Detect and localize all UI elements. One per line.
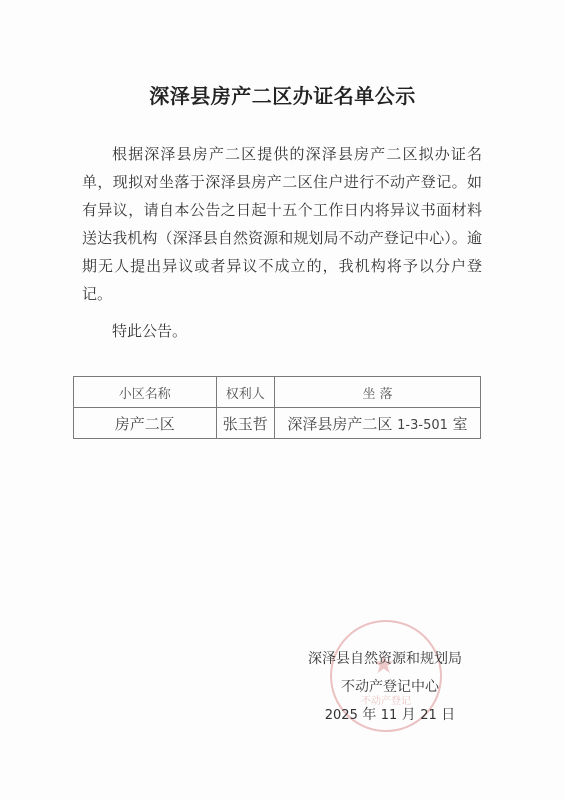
- location-number: 1-3-501: [397, 418, 448, 433]
- body-paragraph: 根据深泽县房产二区提供的深泽县房产二区拟办证名单，现拟对坐落于深泽县房产二区住户…: [82, 140, 482, 308]
- signature-org: 深泽县自然资源和规划局: [300, 645, 480, 673]
- header-owner: 权利人: [216, 377, 275, 408]
- location-prefix: 深泽县房产二区: [287, 415, 392, 433]
- date-month-unit: 月: [402, 707, 416, 723]
- document-body: 根据深泽县房产二区提供的深泽县房产二区拟办证名单，现拟对坐落于深泽县房产二区住户…: [82, 140, 482, 308]
- signature-date: 2025 年 11 月 21 日: [300, 701, 480, 729]
- signature-dept: 不动产登记中心: [300, 673, 480, 701]
- table-row: 房产二区 张玉哲 深泽县房产二区 1-3-501 室: [74, 408, 481, 439]
- cell-owner: 张玉哲: [216, 408, 275, 439]
- date-year: 2025: [325, 708, 358, 723]
- date-month: 11: [381, 708, 398, 723]
- cell-location: 深泽县房产二区 1-3-501 室: [275, 408, 481, 439]
- header-community: 小区名称: [74, 377, 217, 408]
- document-page: 深泽县房产二区办证名单公示 根据深泽县房产二区提供的深泽县房产二区拟办证名单，现…: [0, 0, 565, 800]
- certificate-list-table: 小区名称 权利人 坐 落 房产二区 张玉哲 深泽县房产二区 1-3-501 室: [73, 376, 481, 439]
- signature-block: 深泽县自然资源和规划局 不动产登记中心 2025 年 11 月 21 日: [300, 645, 480, 729]
- table-header-row: 小区名称 权利人 坐 落: [74, 377, 481, 408]
- location-suffix: 室: [453, 415, 468, 433]
- cell-community: 房产二区: [74, 408, 217, 439]
- date-day: 21: [420, 708, 437, 723]
- document-title: 深泽县房产二区办证名单公示: [0, 80, 565, 109]
- date-year-unit: 年: [362, 707, 376, 723]
- notice-closing: 特此公告。: [112, 320, 187, 341]
- date-day-unit: 日: [441, 707, 455, 723]
- header-location: 坐 落: [275, 377, 481, 408]
